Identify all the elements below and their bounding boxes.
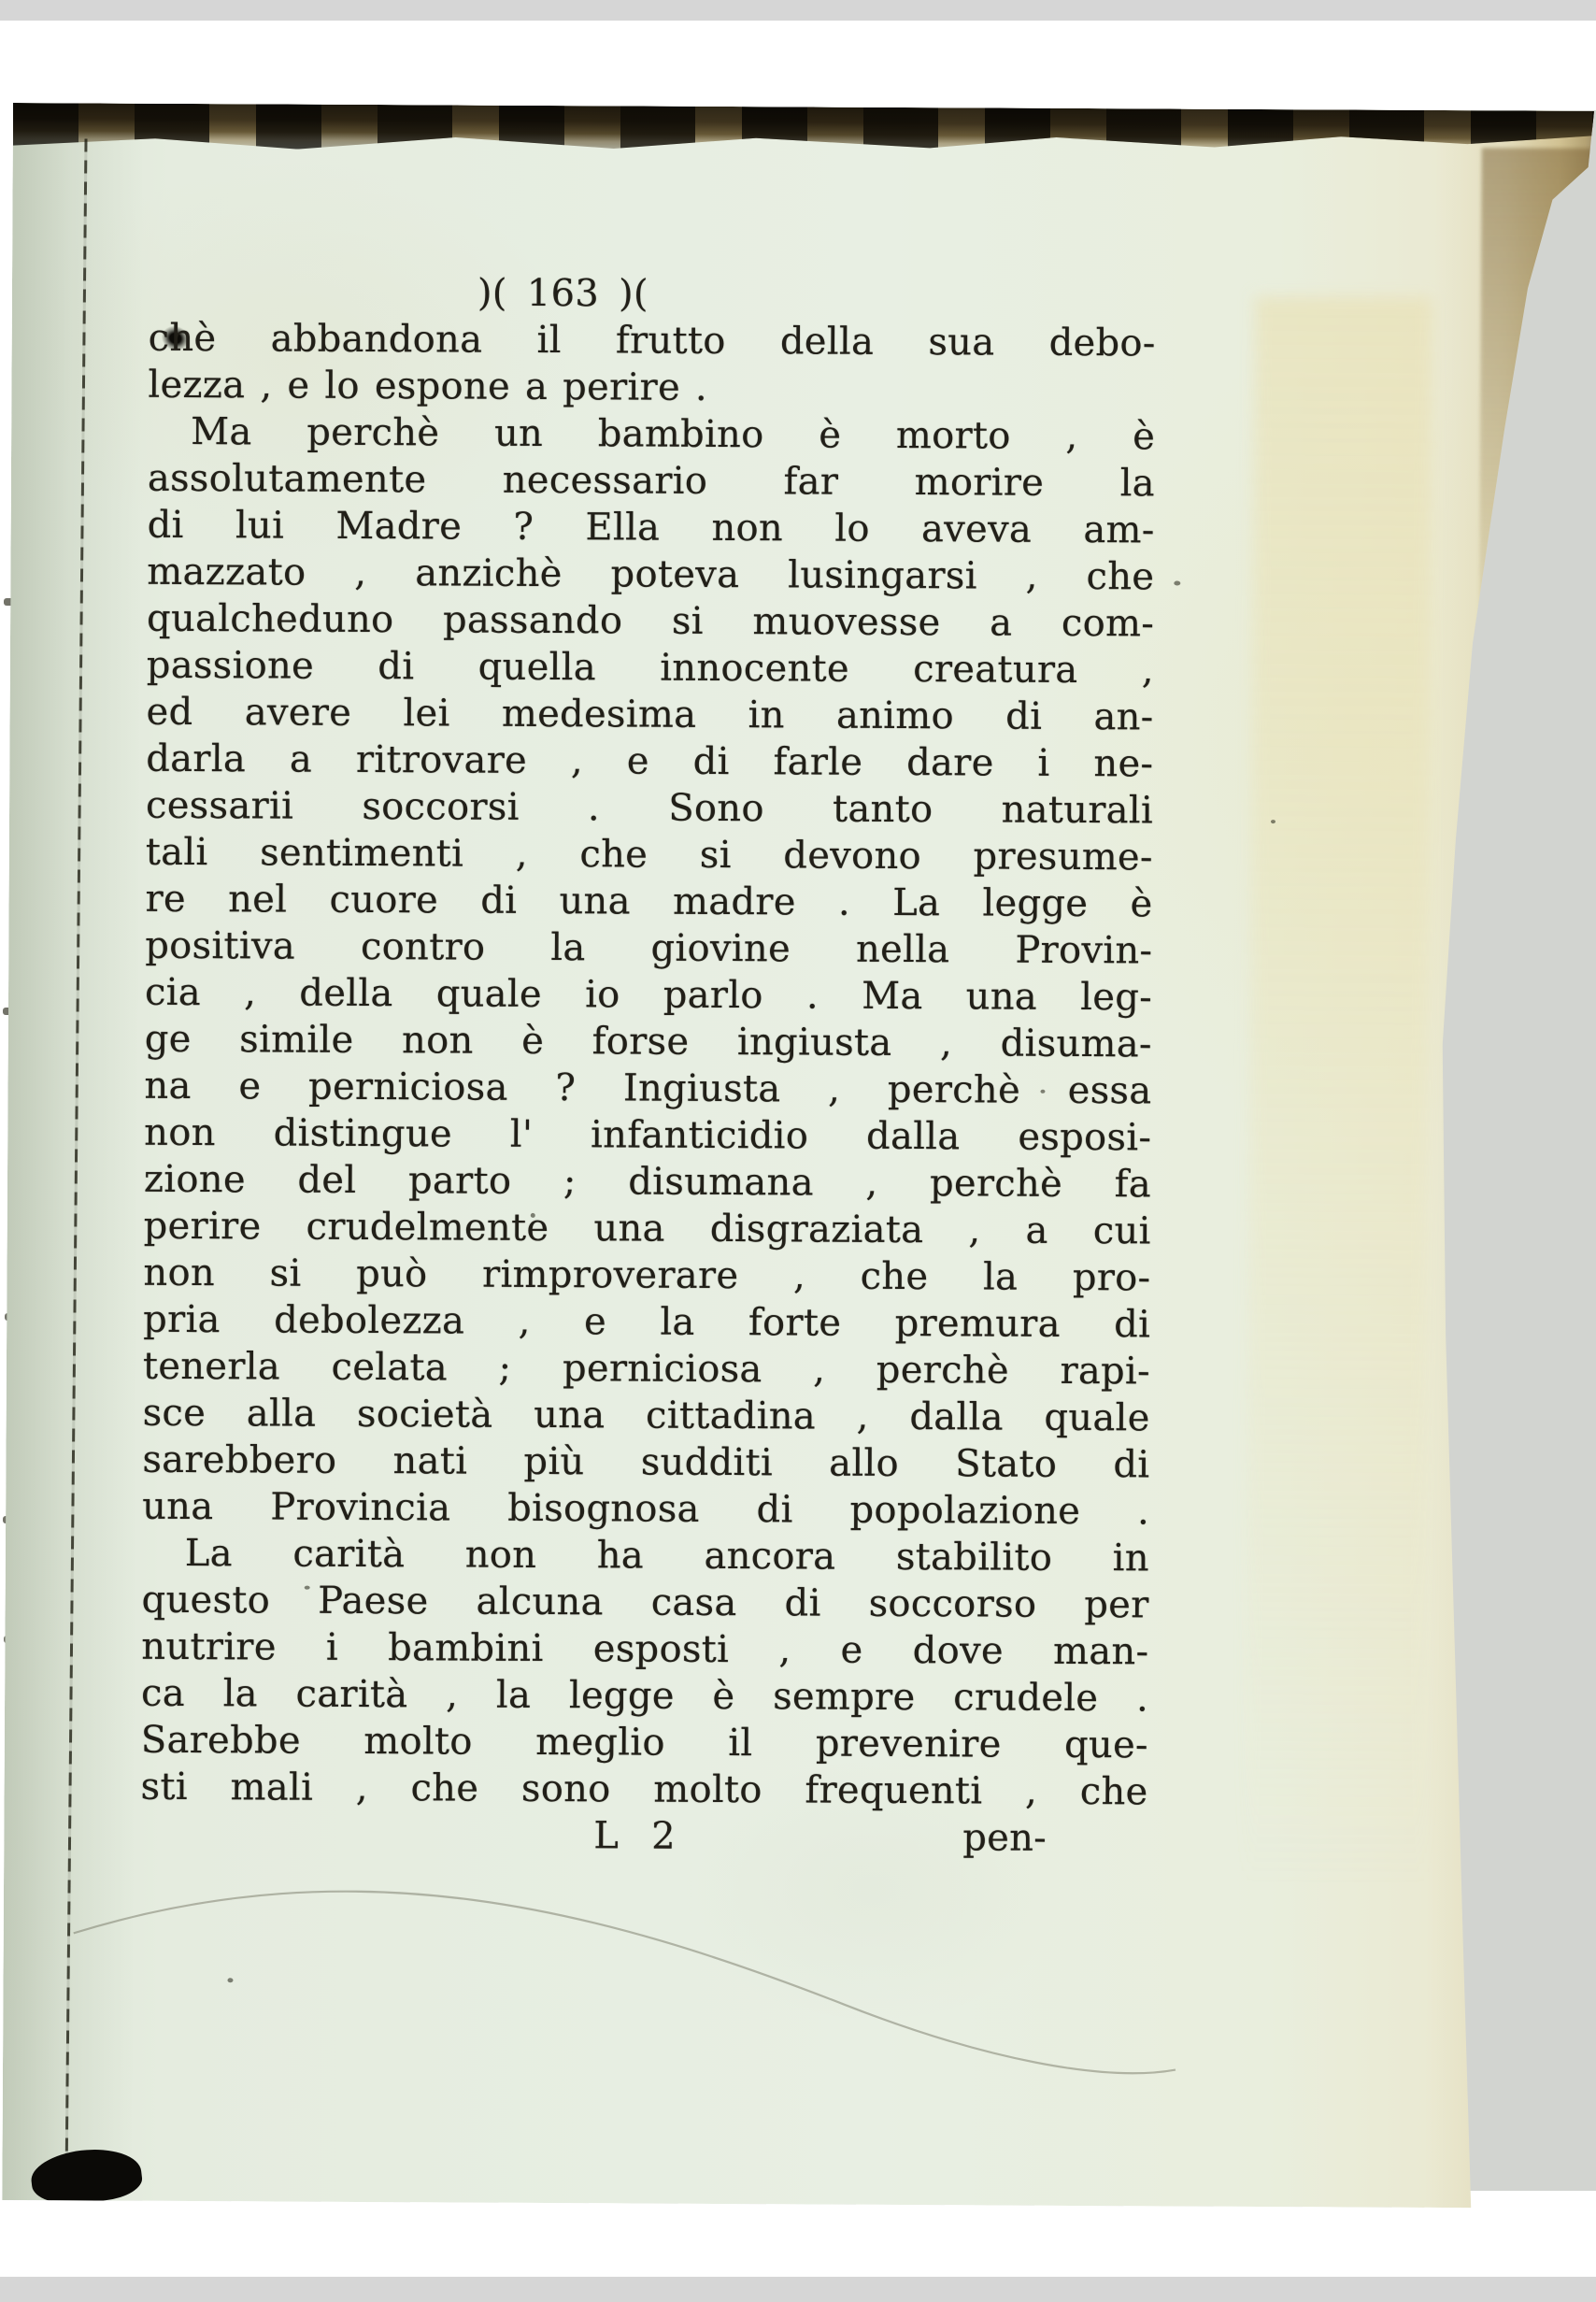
paper-speck [1271,820,1275,823]
text-line: lezza , e lo espone a perire . [148,362,1155,414]
page-top-edge [13,103,1594,156]
book-page: )( 163 )( chè abbandona il frutto della … [2,103,1594,2209]
text-line: positiva contro la giovine nella Provin- [145,922,1152,975]
text-lines: chè abbandona il frutto della sua debo-l… [140,315,1155,1816]
text-line: nutrire i bambini esposti , e dove man- [141,1623,1148,1676]
scanned-page-canvas: )( 163 )( chè abbandona il frutto della … [0,0,1596,2302]
text-line: non si può rimproverare , che la pro- [143,1250,1150,1302]
text-line: zione del parto ; disumana , perchè fa [144,1156,1151,1208]
text-line: darla a ritrovare , e di farle dare i ne… [146,736,1153,788]
page-number-header: )( 163 )( [149,268,1156,321]
text-line: mazzato , anzichè poteva lusingarsi , ch… [147,549,1154,601]
text-line: sce alla società una cittadina , dalla q… [143,1390,1150,1442]
catchword: pen- [962,1814,1047,1861]
text-line: Sarebbe molto meglio il prevenire que- [141,1717,1148,1769]
text-line: La carità non ha ancora stabilito in [142,1530,1149,1582]
text-line: assolutamente necessario far morire la [148,455,1155,508]
text-line: tenerla celata ; perniciosa , perchè rap… [143,1343,1150,1395]
text-line: questo Paese alcuna casa di soccorso per [141,1577,1148,1629]
text-line: sti mali , che sono molto frequenti , ch… [140,1764,1147,1816]
text-line: non distingue l' infanticidio dalla espo… [144,1109,1151,1162]
paper-streak [1247,296,1432,1886]
signature-mark: L 2 [593,1812,676,1859]
text-line: chè abbandona il frutto della sua debo- [149,315,1156,367]
text-line: qualcheduno passando si muovesse a com- [147,595,1154,648]
footer-line: L 2 pen- [140,1810,1147,1863]
text-line: pria debolezza , e la forte premura di [143,1296,1150,1349]
text-line: sarebbero nati più sudditi allo Stato di [142,1437,1149,1489]
text-line: ca la carità , la legge è sempre crudele… [141,1670,1148,1723]
text-block: )( 163 )( chè abbandona il frutto della … [140,268,1156,1863]
text-line: cia , della quale io parlo . Ma una leg- [145,969,1152,1022]
text-line: ed avere lei medesima in animo di an- [146,689,1153,741]
text-line: ge simile non è forse ingiusta , disuma- [145,1016,1152,1068]
text-line: passione di quella innocente creatura , [147,642,1154,694]
paper-speck [1174,581,1180,586]
text-line: Ma perchè un bambino è morto , è [148,408,1155,461]
text-line: na e perniciosa ? Ingiusta , perchè essa [144,1063,1151,1115]
text-line: una Provincia bisognosa di popolazione . [142,1483,1149,1536]
gutter-shade [2,103,144,2201]
text-line: di lui Madre ? Ella non lo aveva am- [148,502,1155,554]
text-line: perire crudelmente una disgraziata , a c… [144,1203,1151,1255]
paper-speck [227,1978,233,1982]
text-line: tali sentimenti , che si devono presume- [146,829,1153,881]
text-line: re nel cuore di una madre . La legge è [145,876,1152,928]
text-line: cessarii soccorsi . Sono tanto naturali [146,782,1153,835]
